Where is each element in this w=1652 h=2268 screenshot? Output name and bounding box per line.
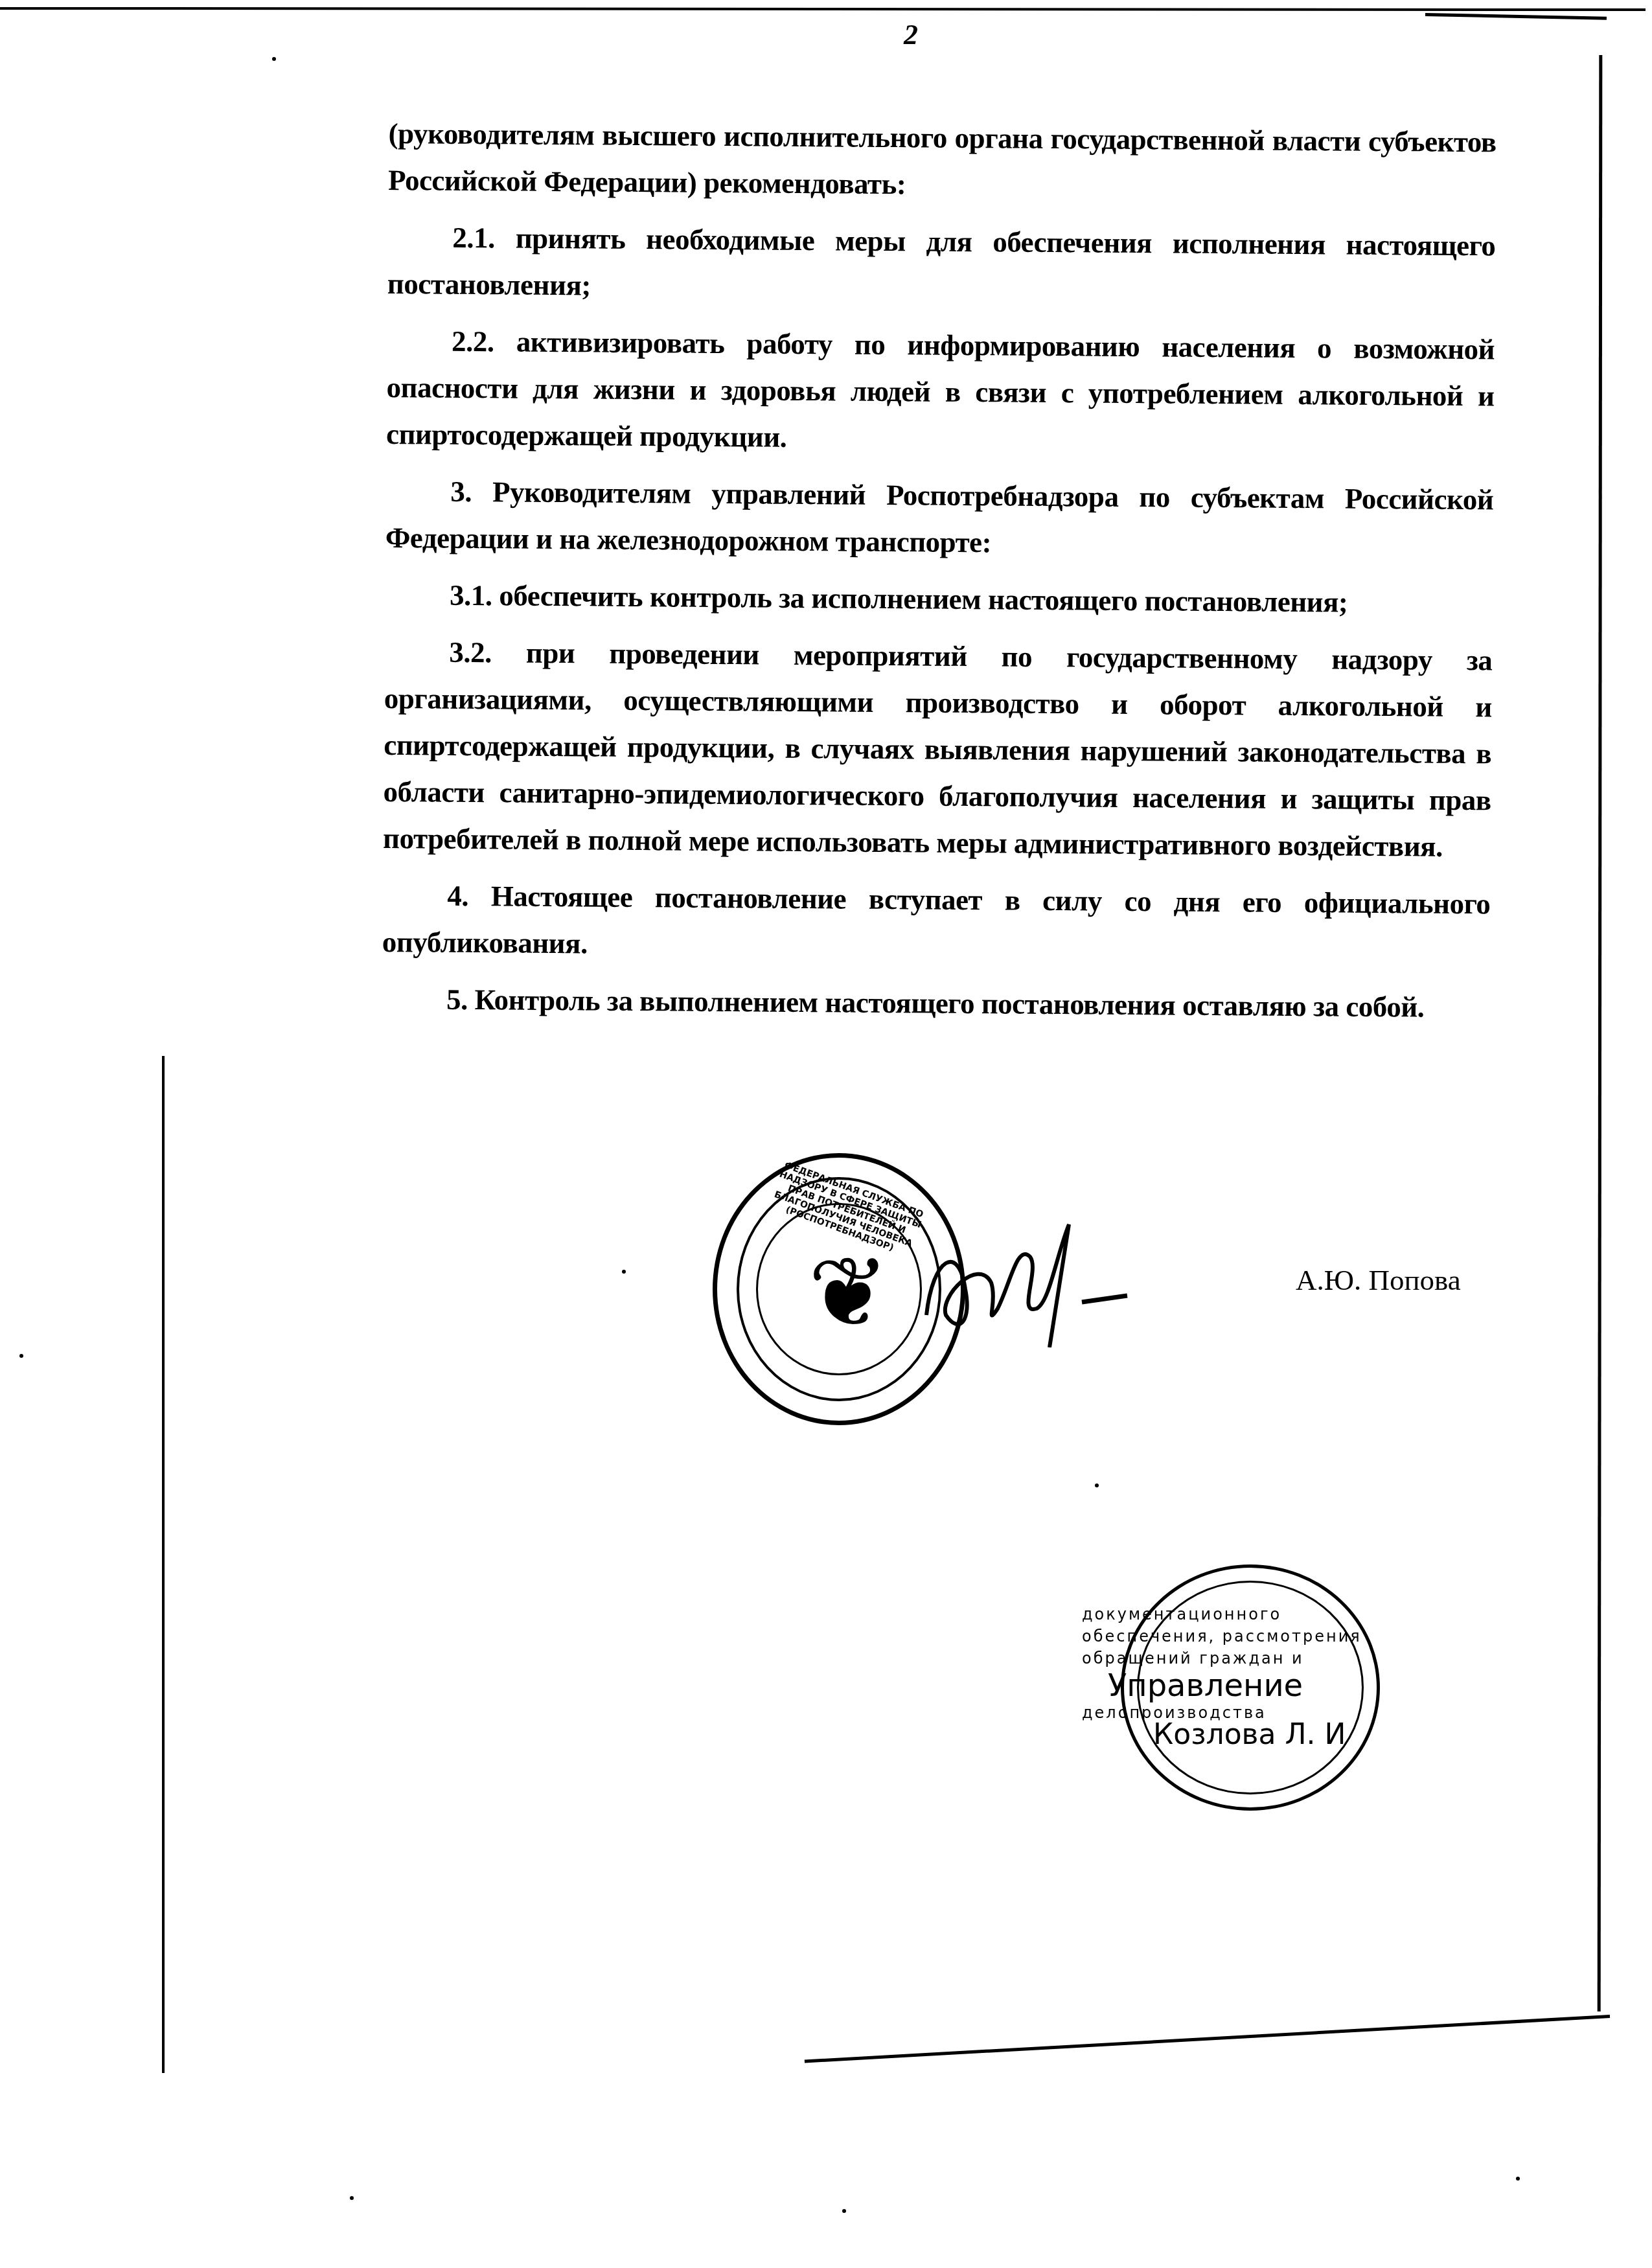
scan-speck bbox=[622, 1270, 626, 1274]
signer-name: А.Ю. Попова bbox=[1296, 1263, 1461, 1297]
signature-block: ФЕДЕРАЛЬНАЯ СЛУЖБА ПО НАДЗОРУ В СФЕРЕ ЗА… bbox=[706, 1140, 1516, 1451]
seal-text: ФЕДЕРАЛЬНАЯ СЛУЖБА ПО НАДЗОРУ В СФЕРЕ ЗА… bbox=[759, 1156, 935, 1263]
scan-speck bbox=[1095, 1483, 1099, 1487]
scan-speck bbox=[350, 2196, 354, 2200]
certification-stamp: документационного обеспечения, рассмотре… bbox=[1069, 1539, 1445, 1811]
paragraph-2-1: 2.1. принять необходимые меры для обеспе… bbox=[387, 214, 1496, 315]
stamp-line: обеспечения, рассмотрения bbox=[1069, 1625, 1445, 1647]
paragraph-intro: (руководителям высшего исполнительного о… bbox=[388, 110, 1497, 212]
scan-border-top-corner bbox=[1425, 13, 1607, 20]
scan-border-bottom bbox=[805, 2015, 1610, 2063]
scan-border-left bbox=[162, 1056, 165, 2073]
stamp-line-signer: Козлова Л. И bbox=[1069, 1724, 1445, 1746]
stamp-line: обращений граждан и bbox=[1069, 1647, 1445, 1669]
scan-speck bbox=[19, 1354, 23, 1358]
scan-border-top bbox=[0, 7, 1646, 11]
stamp-text: документационного обеспечения, рассмотре… bbox=[1069, 1603, 1445, 1746]
page-number: 2 bbox=[904, 18, 918, 51]
scan-speck bbox=[272, 57, 276, 61]
paragraph-2-2: 2.2. активизировать работу по информиров… bbox=[386, 317, 1495, 466]
stamp-line-title: Управление bbox=[1069, 1669, 1445, 1702]
handwritten-signature bbox=[920, 1218, 1134, 1347]
paragraph-3-2: 3.2. при проведении мероприятий по госуд… bbox=[383, 628, 1493, 870]
paragraph-4: 4. Настоящее постановление вступает в си… bbox=[382, 872, 1491, 974]
paragraph-3: 3. Руководителям управлений Роспотребнад… bbox=[385, 468, 1494, 569]
document-body: (руководителям высшего исполнительного о… bbox=[382, 110, 1497, 1041]
stamp-line: документационного bbox=[1069, 1603, 1445, 1625]
scan-speck bbox=[1516, 2177, 1520, 2181]
paragraph-5: 5. Контроль за выполнением настоящего по… bbox=[382, 976, 1490, 1031]
paragraph-3-1: 3.1. обеспечить контроль за исполнением … bbox=[385, 571, 1493, 626]
scan-speck bbox=[842, 2209, 846, 2213]
scan-border-right bbox=[1598, 55, 1603, 2011]
double-headed-eagle-icon: ❦ bbox=[808, 1235, 879, 1352]
